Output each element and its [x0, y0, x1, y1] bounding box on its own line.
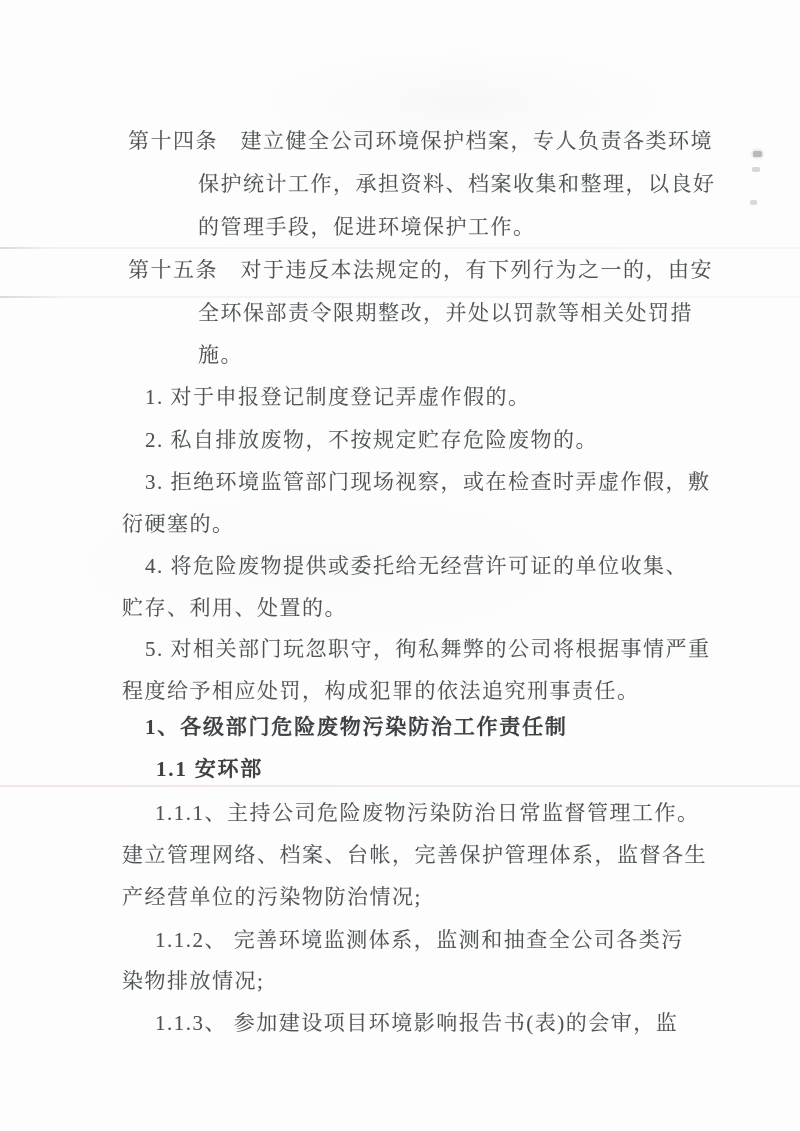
section-1-heading: 1、各级部门危险废物污染防治工作责任制: [145, 714, 568, 740]
scan-line-artifact: [0, 785, 800, 787]
scan-smudge: [750, 200, 757, 205]
scan-smudge: [752, 167, 760, 172]
scan-line-artifact: [0, 247, 800, 249]
clause-1-1-1-continuation: 产经营单位的污染物防治情况;: [122, 884, 422, 910]
article-15-line: 全环保部责令限期整改，并处以罚款等相关处罚措: [198, 300, 693, 326]
list-item-5: 5. 对相关部门玩忽职守，徇私舞弊的公司将根据事情严重: [145, 636, 711, 662]
clause-1-1-2: 1.1.2、 完善环境监测体系，监测和抽查全公司各类污: [155, 927, 684, 953]
list-item-4-continuation: 贮存、利用、处置的。: [122, 595, 347, 621]
scan-smudge: [753, 151, 762, 157]
article-14-line: 第十四条 建立健全公司环境保护档案，专人负责各类环境: [128, 128, 713, 154]
list-item-3: 3. 拒绝环境监管部门现场视察，或在检查时弄虚作假，敷: [145, 469, 711, 495]
list-item-5-continuation: 程度给予相应处罚，构成犯罪的依法追究刑事责任。: [122, 678, 640, 704]
article-15-line: 施。: [198, 342, 243, 368]
scanned-document-page: 第十四条 建立健全公司环境保护档案，专人负责各类环境 保护统计工作，承担资料、档…: [0, 0, 800, 1131]
clause-1-1-2-continuation: 染物排放情况;: [122, 968, 264, 994]
clause-1-1-1: 1.1.1、主持公司危险废物污染防治日常监督管理工作。: [155, 800, 700, 826]
article-14-line: 的管理手段，促进环境保护工作。: [198, 214, 536, 240]
section-1-1-heading: 1.1 安环部: [156, 756, 263, 782]
list-item-2: 2. 私自排放废物，不按规定贮存危险废物的。: [145, 427, 598, 453]
article-15-line: 第十五条 对于违反本法规定的，有下列行为之一的，由安: [128, 257, 713, 283]
article-14-line: 保护统计工作，承担资料、档案收集和整理，以良好: [198, 171, 716, 197]
clause-1-1-3: 1.1.3、 参加建设项目环境影响报告书(表)的会审，监: [155, 1010, 678, 1036]
list-item-4: 4. 将危险废物提供或委托给无经营许可证的单位收集、: [145, 553, 688, 579]
list-item-1: 1. 对于申报登记制度登记弄虚作假的。: [145, 384, 531, 410]
list-item-3-continuation: 衍硬塞的。: [122, 511, 235, 537]
scan-line-artifact: [0, 296, 800, 298]
clause-1-1-1-continuation: 建立管理网络、档案、台帐，完善保护管理体系，监督各生: [122, 842, 707, 868]
